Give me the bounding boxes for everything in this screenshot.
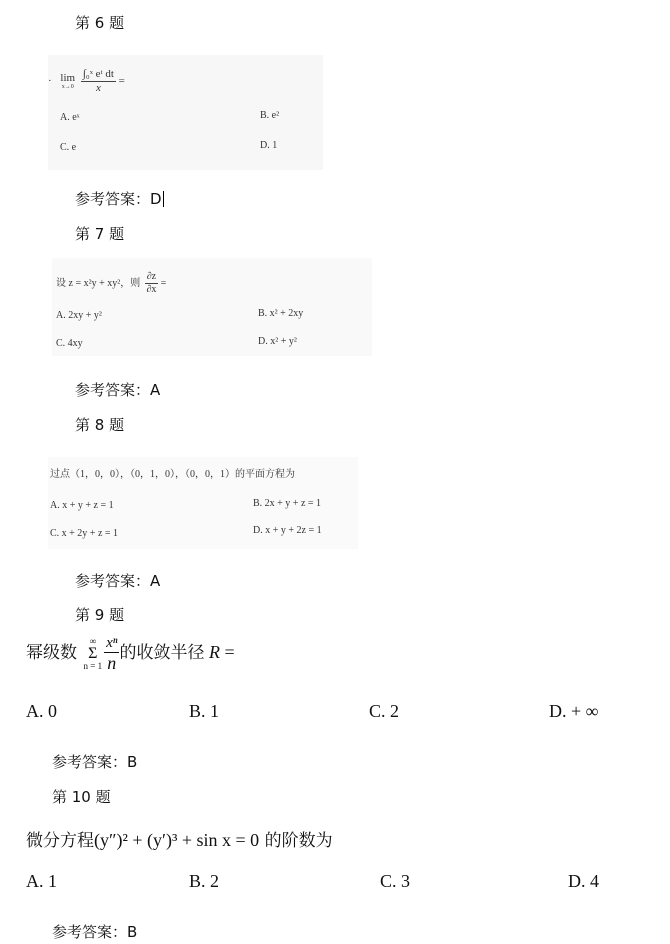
stem-prefix: 幂级数 [26,643,77,663]
question-10-option-c[interactable]: C. 3 [380,871,410,892]
question-6-stem: · lim x→0 ∫₀ˣ eᵗ dt x = [48,69,125,94]
text-cursor [163,191,165,207]
question-9-option-b[interactable]: B. 1 [189,701,219,722]
question-8-image: 过点（1，0，0），（0，1，0），（0，0，1）的平面方程为 A. x + y… [48,457,358,549]
summation: ∞ Σ n = 1 [84,637,103,671]
question-8-heading: 第 8 题 [75,414,124,435]
sum-lower-limit: n = 1 [84,662,103,671]
question-9-option-d[interactable]: D. + ∞ [549,701,598,722]
fraction-numerator: ∫₀ˣ eᵗ dt [81,69,116,82]
fraction-denominator: x [96,82,101,94]
option-c[interactable]: C. e [60,142,76,153]
stem-suffix: 的收敛半径 [119,643,204,663]
question-8-answer: 参考答案：A [75,570,160,591]
equals-sign: = [161,278,167,289]
question-10-option-b[interactable]: B. 2 [189,871,219,892]
question-7-stem: 设 z = x²y + xy²，则 ∂z ∂x = [56,272,166,295]
stem-prefix: 设 z = x²y + xy²，则 [56,278,140,289]
fraction: xⁿ n [104,636,119,672]
limit-expression: lim x→0 [60,73,75,90]
option-c[interactable]: C. x + 2y + z = 1 [50,528,118,539]
fraction-numerator: ∂z [145,272,158,284]
question-10-option-d[interactable]: D. 4 [568,871,599,892]
answer-text: 参考答案：D [75,190,162,208]
stem-prefix: 微分方程 [26,831,94,851]
option-d[interactable]: D. x² + y² [258,336,297,347]
stem-suffix: 的阶数为 [259,831,332,851]
question-9-option-c[interactable]: C. 2 [369,701,399,722]
option-d[interactable]: D. 1 [260,140,277,151]
question-6-image: · lim x→0 ∫₀ˣ eᵗ dt x = A. eˣ B. e² C. e… [48,55,323,170]
question-6-heading: 第 6 题 [75,12,124,33]
question-7-answer: 参考答案：A [75,379,160,400]
lim-subscript: x→0 [62,84,74,90]
equals-sign: = [220,642,235,662]
question-9-heading: 第 9 题 [75,604,124,625]
question-8-stem: 过点（1，0，0），（0，1，0），（0，0，1）的平面方程为 [50,465,295,480]
question-7-heading: 第 7 题 [75,223,124,244]
fraction-denominator: n [107,653,116,672]
partial-derivative-fraction: ∂z ∂x [145,272,158,295]
option-a[interactable]: A. x + y + z = 1 [50,500,114,511]
question-10-stem: 微分方程(y″)² + (y′)³ + sin x = 0 的阶数为 [26,826,333,851]
equals-sign: = [119,75,125,87]
question-6-answer: 参考答案：D [75,188,164,209]
option-b[interactable]: B. e² [260,110,279,121]
option-b[interactable]: B. x² + 2xy [258,308,303,319]
question-9-stem: 幂级数 ∞ Σ n = 1 xⁿ n 的收敛半径 R = [26,636,235,672]
fraction-numerator: xⁿ [104,636,119,653]
question-9-answer: 参考答案：B [52,751,137,772]
variable-r: R [209,642,220,662]
sigma-symbol: Σ [88,646,97,662]
lim-text: lim [60,73,75,84]
option-c[interactable]: C. 4xy [56,338,83,349]
option-b[interactable]: B. 2x + y + z = 1 [253,498,321,509]
equation-expression: (y″)² + (y′)³ + sin x = 0 [94,830,259,850]
option-a[interactable]: A. 2xy + y² [56,310,102,321]
fraction-denominator: ∂x [146,284,156,295]
option-a[interactable]: A. eˣ [60,112,80,123]
question-10-answer: 参考答案：B [52,921,137,942]
question-9-option-a[interactable]: A. 0 [26,701,57,722]
question-7-image: 设 z = x²y + xy²，则 ∂z ∂x = A. 2xy + y² B.… [52,258,372,356]
fraction: ∫₀ˣ eᵗ dt x [81,69,116,94]
option-d[interactable]: D. x + y + 2z = 1 [253,525,322,536]
question-10-heading: 第 10 题 [52,786,111,807]
question-10-option-a[interactable]: A. 1 [26,871,57,892]
